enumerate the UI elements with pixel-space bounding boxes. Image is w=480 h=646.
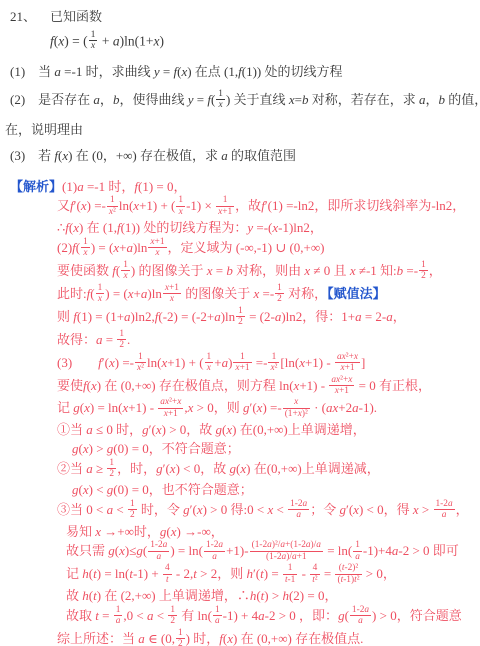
fraction: 12	[236, 306, 245, 328]
fraction: 1-2aa	[148, 540, 169, 562]
solution-line: 记 h(t) = ln(t-1) + 4t - 2,t > 2，则 h′(t) …	[0, 564, 480, 586]
problem-item: (3) 若 f(x) 在 (0，+∞) 存在极值，求 a 的取值范围	[0, 147, 480, 165]
solution-line: 故得：a = 12.	[0, 330, 480, 352]
fraction: 1x²	[107, 195, 118, 217]
solution-line: 易知 x →+∞时，g(x) →-∞，	[0, 523, 480, 541]
fraction: 12	[419, 260, 428, 282]
problem-formula: f(x) = (1x + a)ln(1+x)	[0, 31, 480, 54]
solution-line: 综上所述：当 a ∈ (0,12) 时，f(x) 在 (0,+∞) 存在极值点.	[0, 629, 480, 646]
fraction: ax²+xx+1	[329, 375, 354, 397]
problem-item: (2) 是否存在 a，b，使得曲线 y = f(1x) 关于直线 x=b 对称，…	[0, 90, 480, 112]
math-worksheet-page: 21、已知函数 f(x) = (1x + a)ln(1+x) (1) 当 a =…	[0, 0, 480, 646]
section-label: 【解析】	[10, 179, 62, 194]
fraction: 1x	[205, 352, 214, 374]
fraction: 1-2aa	[288, 499, 309, 521]
fraction: 1x²	[268, 352, 279, 374]
fraction: 1x+1	[216, 195, 234, 217]
fraction: 1x²	[135, 352, 146, 374]
fraction: x+1x	[163, 283, 181, 305]
problem-item: 在，说明理由	[0, 121, 480, 139]
fraction: 12	[275, 283, 284, 305]
fraction: (1-2a)²/a+(1-2a)/a(1-2a)/a+1	[250, 540, 323, 562]
fraction: 1x	[216, 89, 225, 111]
fraction: 1-2aa	[350, 605, 371, 627]
fraction: 1x	[81, 237, 90, 259]
fraction: 1a	[114, 605, 123, 627]
fraction: 1-2aa	[204, 540, 225, 562]
fraction: ax²+xx+1	[158, 397, 183, 419]
solution-line: ①当 a ≤ 0 时，g′(x) > 0，故 g(x) 在(0,+∞)上单调递增…	[0, 421, 480, 439]
fraction: 12	[168, 605, 177, 627]
fraction: x(1+x)²	[283, 397, 310, 419]
fraction: 1x	[89, 30, 98, 53]
fraction: 1a	[353, 540, 362, 562]
method-tag: 【赋值法】	[327, 286, 386, 301]
solution-line: 【解析】(1)a =-1 时，f(1) = 0，	[0, 178, 480, 196]
fraction: 1t-1	[283, 563, 297, 585]
fraction: 4t²	[310, 563, 319, 585]
solution-line: 此时:f(1x) = (x+a)lnx+1x 的图像关于 x =-12 对称，【…	[0, 284, 480, 306]
solution-line: 则 f(1) = (1+a)ln2,f(-2) = (-2+a)ln12 = (…	[0, 307, 480, 329]
solution-line: g(x) > g(0) = 0，不符合题意；	[0, 440, 480, 458]
problem-heading: 21、已知函数	[0, 8, 480, 26]
solution-line: (2)f(1x) = (x+a)lnx+1x，定义域为 (-∞,-1) ∪ (0…	[0, 238, 480, 260]
solution-line: (3) f′(x) =-1x²ln(x+1) + (1x+a)1x+1 =-1x…	[0, 353, 480, 375]
fraction: 12	[117, 329, 126, 351]
fraction: 1x	[176, 195, 185, 217]
solution-line: 记 g(x) = ln(x+1) - ax²+xx+1,x > 0，则 g′(x…	[0, 398, 480, 420]
problem-items: (1) 当 a =-1 时，求曲线 y = f(x) 在点 (1,f(1)) 处…	[0, 63, 480, 165]
solution-line: 故 h(t) 在 (2,+∞) 上单调递增，∴h(t) > h(2) = 0，	[0, 587, 480, 605]
solution-line: ∴f(x) 在 (1,f(1)) 处的切线方程为：y =-(x-1)ln2，	[0, 219, 480, 237]
solution-line: 要使f(x) 在 (0,+∞) 存在极值点，则方程 ln(x+1) - ax²+…	[0, 376, 480, 398]
solution-section: 【解析】(1)a =-1 时，f(1) = 0，又f′(x) =-1x²ln(x…	[0, 178, 480, 646]
fraction: x+1x	[148, 237, 166, 259]
fraction: ax²+xx+1	[335, 352, 360, 374]
fraction: 1x	[121, 260, 130, 282]
solution-line: ②当 a ≥ 12，时，g′(x) < 0，故 g(x) 在(0,+∞)上单调递…	[0, 459, 480, 481]
problem-number: 21、	[10, 9, 36, 24]
fraction: (t-2)²(t-1)t²	[335, 563, 361, 585]
solution-line: 要使函数 f(1x) 的图像关于 x = b 对称，则由 x ≠ 0 且 x ≠…	[0, 261, 480, 283]
solution-line: 故只需 g(x)≤g(1-2aa) = ln(1-2aa+1)-(1-2a)²/…	[0, 541, 480, 563]
fraction: 4t	[163, 563, 172, 585]
solution-line: g(x) < g(0) = 0，也不符合题意；	[0, 481, 480, 499]
problem-item: (1) 当 a =-1 时，求曲线 y = f(x) 在点 (1,f(1)) 处…	[0, 63, 480, 81]
solution-line: ③当 0 < a < 12 时，令 g′(x) > 0 得:0 < x < 1-…	[0, 500, 480, 522]
fraction: 1a	[213, 605, 222, 627]
fraction: 1-2aa	[434, 499, 455, 521]
fraction: 12	[128, 499, 137, 521]
solution-line: 又f′(x) =-1x²ln(x+1) + (1x-1) × 1x+1，故f′(…	[0, 196, 480, 218]
solution-line: 故取 t = 1a,0 < a < 12 有 ln(1a-1) + 4a-2 >…	[0, 606, 480, 628]
fraction: 1x+1	[233, 352, 251, 374]
fraction: 1x	[96, 283, 105, 305]
fraction: 12	[176, 628, 185, 646]
problem-intro: 已知函数	[50, 9, 102, 24]
fraction: 12	[107, 458, 116, 480]
